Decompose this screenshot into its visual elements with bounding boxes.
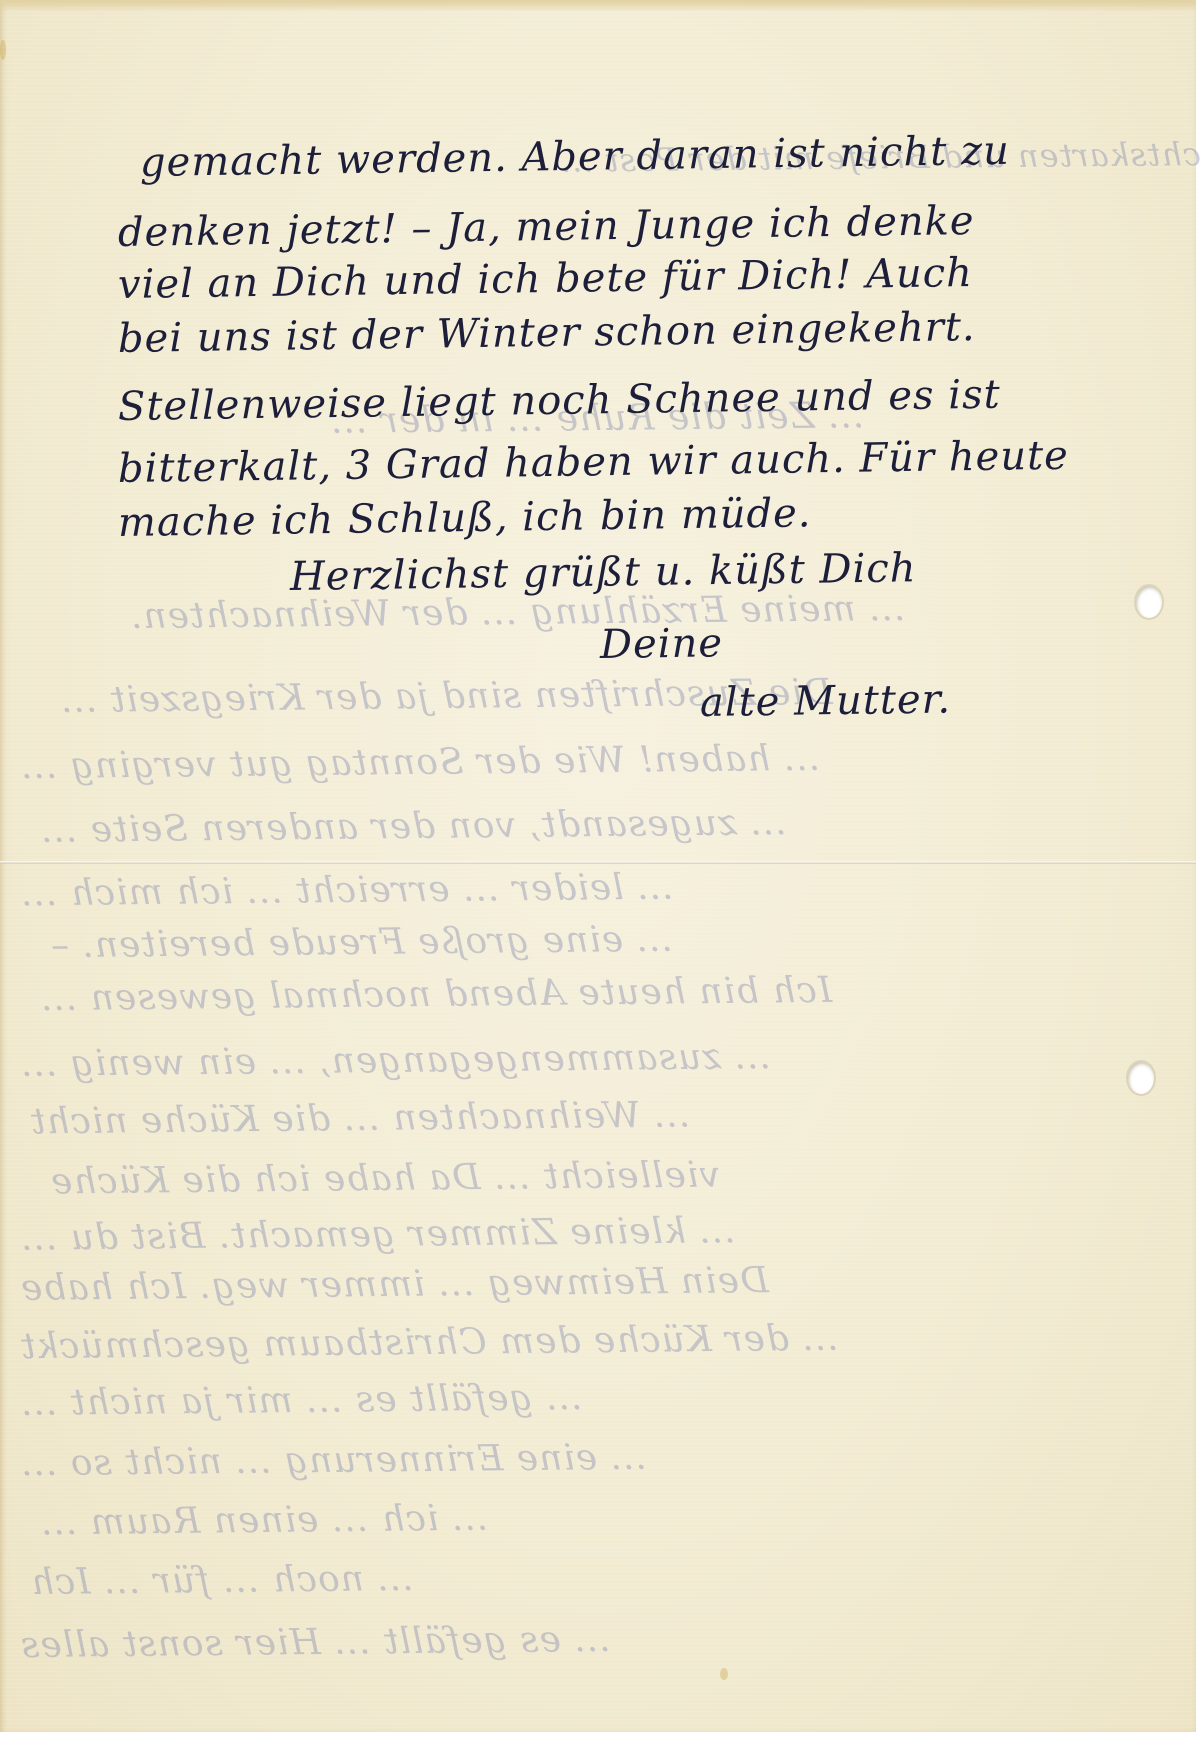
paper-stain xyxy=(720,1668,728,1680)
letter-paper: Ansichtskarten und Briefe mit der Post .… xyxy=(0,0,1196,1732)
bleed-through-line: ... leider ... erreicht ... ich mich ... xyxy=(20,867,674,915)
letter-line: viel an Dich und ich bete für Dich! Auch xyxy=(118,250,973,308)
letter-line: Stellenweise liegt noch Schnee und es is… xyxy=(118,372,1001,430)
punch-hole-top xyxy=(1136,586,1162,618)
paper-top-edge-stain xyxy=(0,0,1196,12)
bleed-through-line: vielleicht ... Da habe ich die Küche xyxy=(50,1154,720,1202)
bleed-through-line: ... Weihnachten ... die Küche nicht xyxy=(30,1095,691,1143)
bleed-through-line: ... zusammengegangen, ... ein wenig ... xyxy=(20,1036,771,1085)
paper-stain xyxy=(0,40,6,60)
letter-line: denken jetzt! – Ja, mein Junge ich denke xyxy=(118,198,975,256)
bleed-through-line: ... kleine Zimmer gemacht. Bist du ... xyxy=(20,1210,736,1258)
bleed-through-line: ... eine große Freude bereiten. – xyxy=(50,919,673,967)
bleed-through-line: Dein Heimweg ... immer weg. Ich habe xyxy=(20,1260,769,1309)
bleed-through-line: Ich bin heute Abend nochmal gewesen ... xyxy=(40,970,832,1019)
bleed-through-line: ... der Küche dem Christbaum geschmückt xyxy=(20,1318,839,1368)
bleed-through-line: ... noch ... für ... Ich xyxy=(30,1558,414,1603)
letter-closing: Herzlichst grüßt u. küßt Dich xyxy=(290,545,917,600)
bleed-through-line: ... es gefällt ... Hier sonst alles xyxy=(20,1619,611,1666)
letter-signature: alte Mutter. xyxy=(700,676,952,726)
bleed-through-line: ... gefällt es ... mir ja nicht ... xyxy=(20,1377,583,1424)
letter-line: mache ich Schluß, ich bin müde. xyxy=(118,490,812,546)
bleed-through-line: ... ich ... einen Raum ... xyxy=(40,1498,489,1544)
paper-fold-line xyxy=(0,861,1196,864)
letter-line: bitterkalt, 3 Grad haben wir auch. Für h… xyxy=(118,433,1069,492)
bleed-through-line: ... haben! Wie der Sonntag gut verging .… xyxy=(20,738,821,787)
letter-line: bei uns ist der Winter schon eingekehrt. xyxy=(118,304,976,362)
bleed-through-line: ... zugesandt, von der anderen Seite ... xyxy=(40,802,787,851)
bleed-through-line: ... eine Erinnerung ... nicht so ... xyxy=(20,1437,647,1485)
punch-hole-bottom xyxy=(1128,1062,1154,1094)
letter-line: gemacht werden. Aber daran ist nicht zu xyxy=(140,128,1010,186)
letter-closing-word: Deine xyxy=(600,620,724,668)
